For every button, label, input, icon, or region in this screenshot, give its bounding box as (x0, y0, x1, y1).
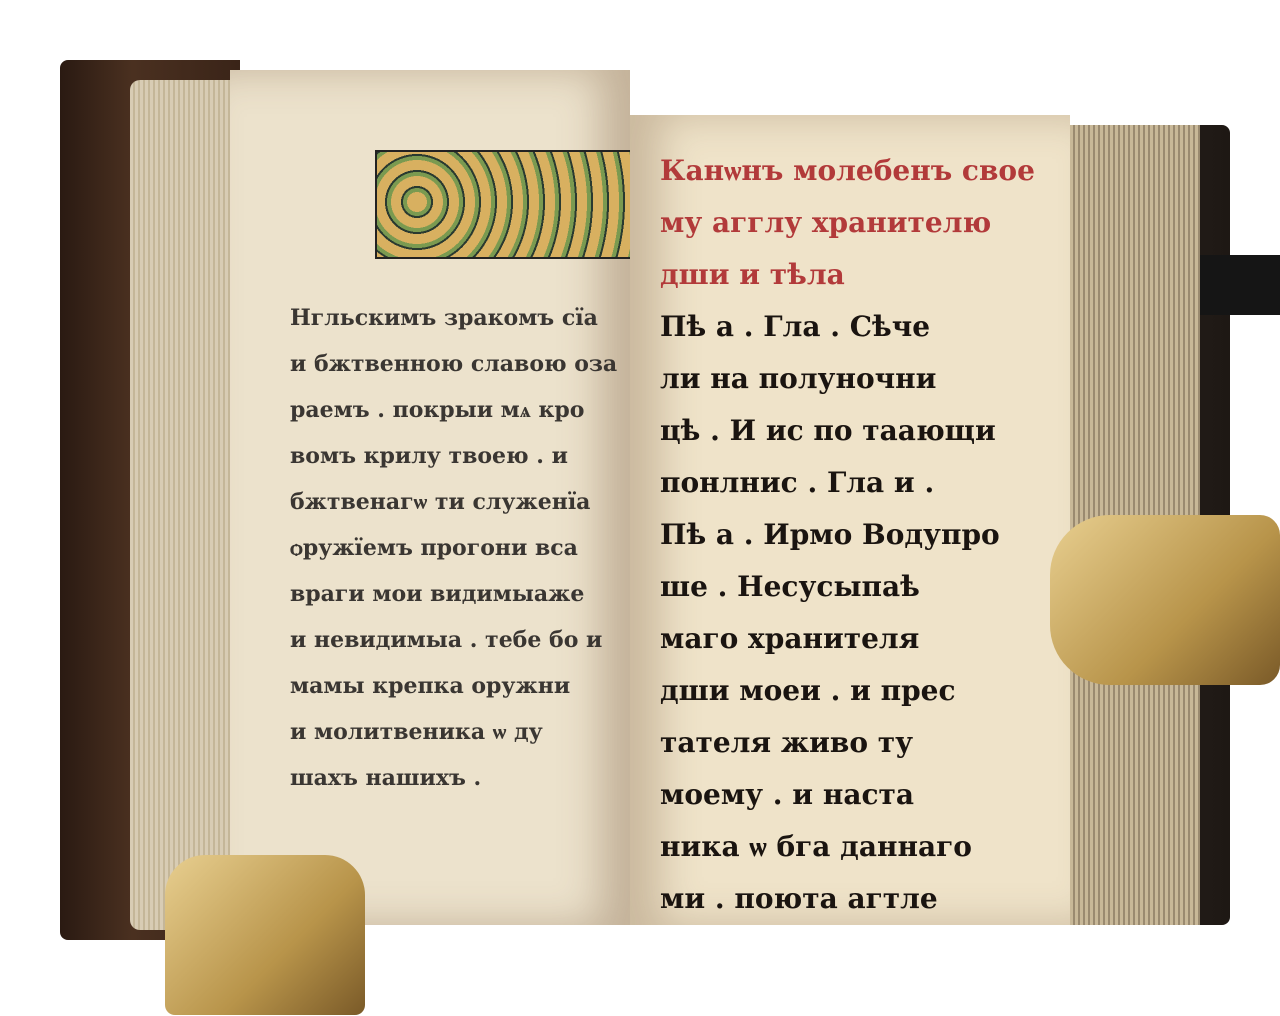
text-line: бжтвенагѡ ти служенїа (290, 479, 630, 525)
text-line: враги мои видимыаже (290, 571, 630, 617)
text-line: маго хранителя (660, 613, 1060, 665)
left-page-text: Нгльскимъ зракомъ сїа и бжтвенною славою… (290, 295, 630, 801)
manuscript-book: Нгльскимъ зракомъ сїа и бжтвенною славою… (60, 55, 1230, 955)
ornamental-headpiece (375, 150, 634, 259)
rubric-line: дши и тѣла (660, 249, 1060, 301)
text-line: ми . поюта агтле (660, 873, 1060, 925)
rubric-line: Канѡнъ молебенъ свое (660, 145, 1060, 197)
right-page-text: Канѡнъ молебенъ свое му агглу хранителю … (660, 145, 1060, 925)
text-line: шахъ нашихъ . (290, 755, 630, 801)
text-line: моему . и наста (660, 769, 1060, 821)
text-line: и молитвеника ѡ ду (290, 709, 630, 755)
right-page: Канѡнъ молебенъ свое му агглу хранителю … (630, 115, 1070, 925)
text-line: тателя живо ту (660, 717, 1060, 769)
text-line: ника ѡ бга даннаго (660, 821, 1060, 873)
text-line: вомъ крилу твоею . и (290, 433, 630, 479)
text-line: цѣ . И ис по таающи (660, 405, 1060, 457)
text-line: и бжтвенною славою оза (290, 341, 630, 387)
text-line: ли на полуночни (660, 353, 1060, 405)
text-line: и невидимыа . тебе бо и (290, 617, 630, 663)
text-line: ѻружїемъ прогони вса (290, 525, 630, 571)
text-line: понлнис . Гла и . (660, 457, 1060, 509)
brass-hand-stand-bottom (165, 855, 365, 1015)
text-line: ше . Несусыпаѣ (660, 561, 1060, 613)
text-line: раемъ . покрыи мѧ кро (290, 387, 630, 433)
text-line: Пѣ а . Ирмо Водупро (660, 509, 1060, 561)
text-line: Нгльскимъ зракомъ сїа (290, 295, 630, 341)
brass-hand-stand-right (1050, 515, 1280, 685)
rubric-line: му агглу хранителю (660, 197, 1060, 249)
left-page: Нгльскимъ зракомъ сїа и бжтвенною славою… (230, 70, 630, 925)
text-line: мамы крепка оружни (290, 663, 630, 709)
text-line: дши моеи . и прес (660, 665, 1060, 717)
text-line: Пѣ а . Гла . Сѣче (660, 301, 1060, 353)
